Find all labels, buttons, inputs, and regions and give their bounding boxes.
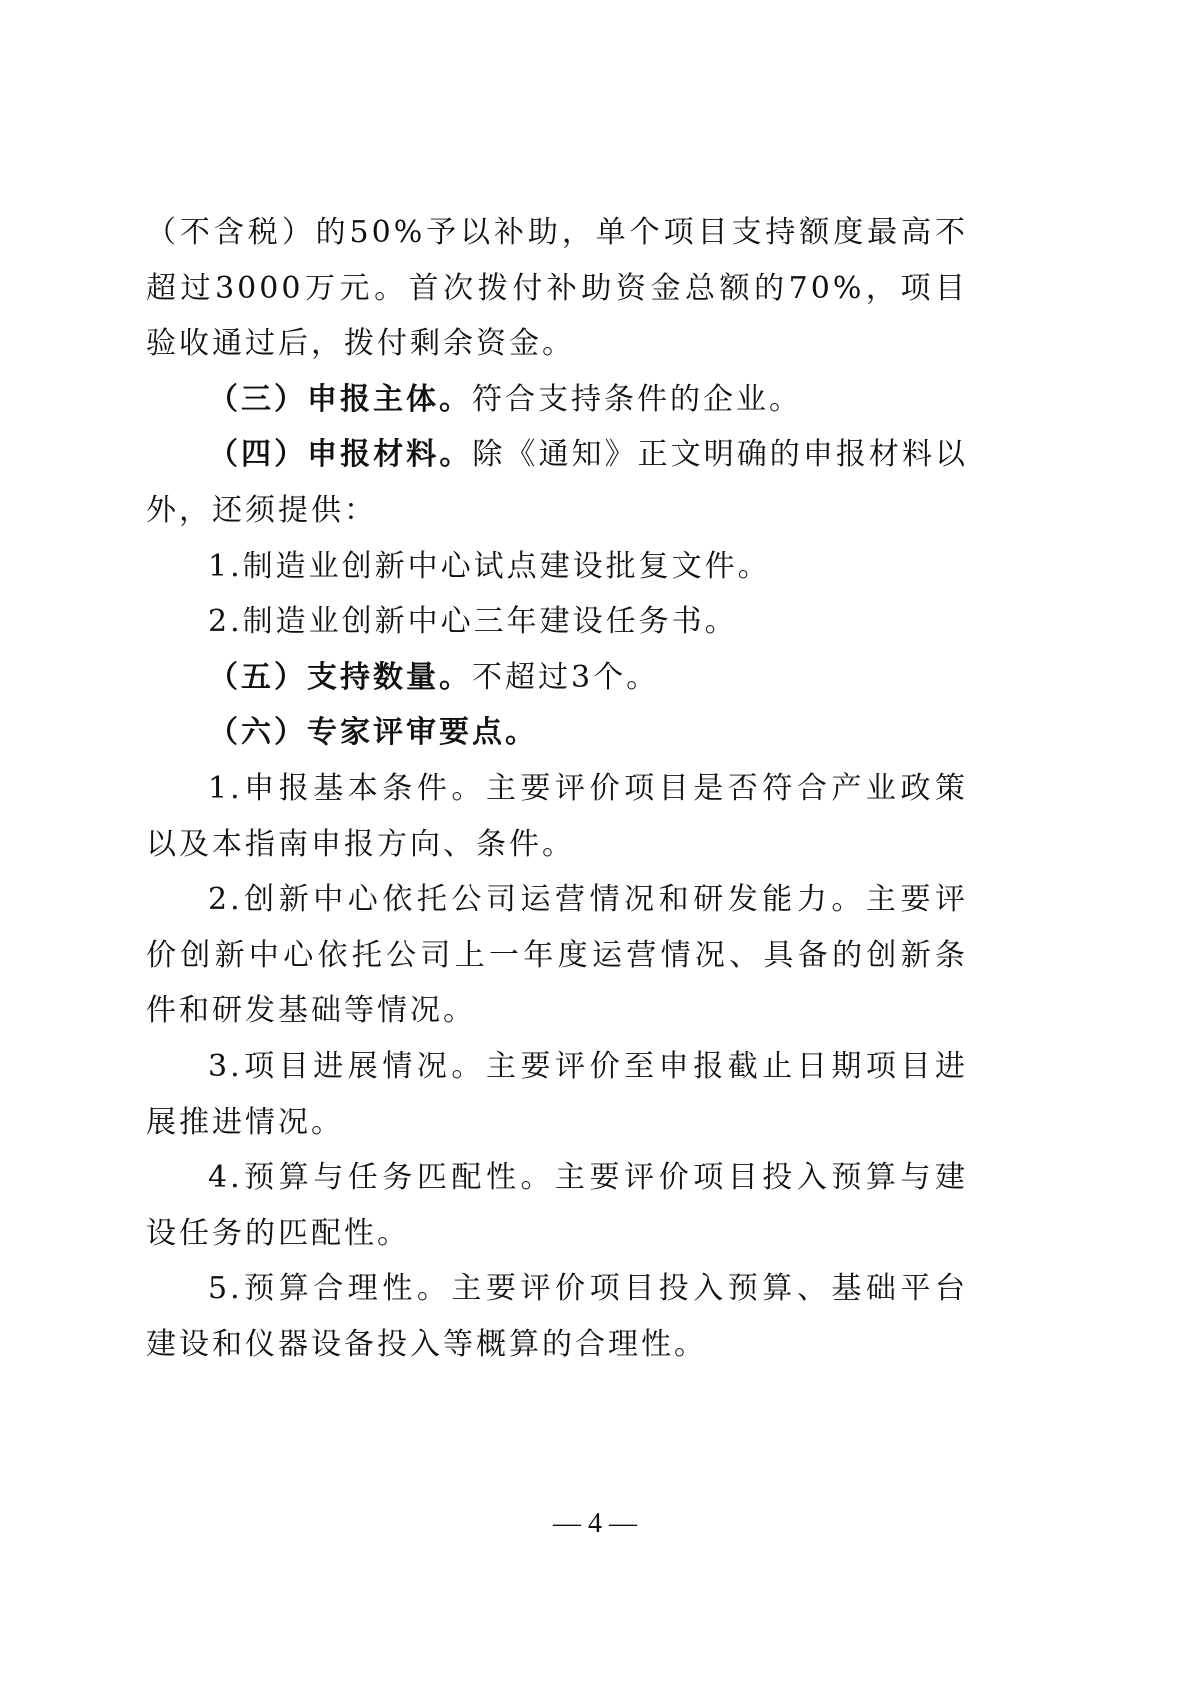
list-item: 5.预算合理性。主要评价项目投入预算、基础平台建设和仪器设备投入等概算的合理性。 <box>146 1261 968 1372</box>
paragraph-text: 2.创新中心依托公司运营情况和研发能力。主要评价创新中心依托公司上一年度运营情况… <box>146 882 968 1028</box>
list-item: 2.创新中心依托公司运营情况和研发能力。主要评价创新中心依托公司上一年度运营情况… <box>146 872 968 1039</box>
paragraph-applicant: （三）申报主体。符合支持条件的企业。 <box>146 372 968 428</box>
section-heading: （四）申报材料。 <box>208 437 472 472</box>
section-heading: （五）支持数量。 <box>208 660 472 695</box>
paragraph-subsidy-continued: （不含税）的50%予以补助，单个项目支持额度最高不超过3000万元。首次拨付补助… <box>146 205 968 372</box>
paragraph-text: 5.预算合理性。主要评价项目投入预算、基础平台建设和仪器设备投入等概算的合理性。 <box>146 1271 968 1362</box>
paragraph-materials: （四）申报材料。除《通知》正文明确的申报材料以外，还须提供： <box>146 427 968 538</box>
section-heading: （三）申报主体。 <box>208 382 472 417</box>
paragraph-text: 1.申报基本条件。主要评价项目是否符合产业政策以及本指南申报方向、条件。 <box>146 771 968 862</box>
paragraph-text: 符合支持条件的企业。 <box>472 382 802 417</box>
paragraph-text: 不超过3个。 <box>472 660 659 695</box>
list-item: 1.申报基本条件。主要评价项目是否符合产业政策以及本指南申报方向、条件。 <box>146 761 968 872</box>
document-body: （不含税）的50%予以补助，单个项目支持额度最高不超过3000万元。首次拨付补助… <box>146 205 968 1372</box>
paragraph-text: 3.项目进展情况。主要评价至申报截止日期项目进展推进情况。 <box>146 1049 968 1140</box>
paragraph-text: 2.制造业创新中心三年建设任务书。 <box>208 604 738 639</box>
section-heading: （六）专家评审要点。 <box>208 715 538 750</box>
paragraph-text: （不含税）的50%予以补助，单个项目支持额度最高不超过3000万元。首次拨付补助… <box>146 215 968 361</box>
list-item: 3.项目进展情况。主要评价至申报截止日期项目进展推进情况。 <box>146 1039 968 1150</box>
page-number: — 4 — <box>0 1508 1190 1540</box>
paragraph-text: 1.制造业创新中心试点建设批复文件。 <box>208 549 771 584</box>
paragraph-review-points: （六）专家评审要点。 <box>146 705 968 761</box>
list-item: 1.制造业创新中心试点建设批复文件。 <box>146 539 968 595</box>
list-item: 4.预算与任务匹配性。主要评价项目投入预算与建设任务的匹配性。 <box>146 1150 968 1261</box>
list-item: 2.制造业创新中心三年建设任务书。 <box>146 594 968 650</box>
paragraph-text: 4.预算与任务匹配性。主要评价项目投入预算与建设任务的匹配性。 <box>146 1160 968 1251</box>
paragraph-support-quantity: （五）支持数量。不超过3个。 <box>146 650 968 706</box>
